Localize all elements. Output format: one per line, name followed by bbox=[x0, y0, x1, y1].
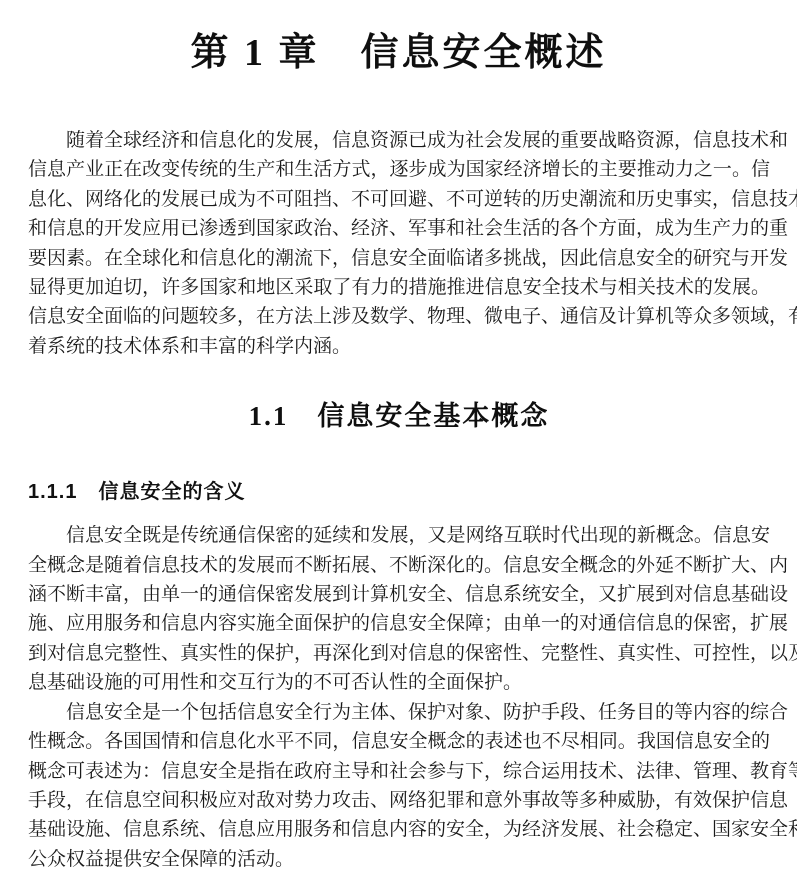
text-line: 息化、网络化的发展已成为不可阻挡、不可回避、不可逆转的历史潮流和历史事实，信息技… bbox=[28, 185, 770, 214]
text-line: 信息产业正在改变传统的生产和生活方式，逐步成为国家经济增长的主要推动力之一。信 bbox=[28, 155, 770, 184]
text-line: 全概念是随着信息技术的发展而不断拓展、不断深化的。信息安全概念的外延不断扩大、内 bbox=[28, 551, 770, 580]
chapter-title: 第 1 章 信息安全概述 bbox=[0, 24, 797, 82]
book-page: 第 1 章 信息安全概述 随着全球经济和信息化的发展，信息资源已成为社会发展的重… bbox=[0, 0, 797, 876]
text-line: 着系统的技术体系和丰富的科学内涵。 bbox=[28, 332, 770, 361]
text-line: 涵不断丰富，由单一的通信保密发展到计算机安全、信息系统安全，又扩展到对信息基础设 bbox=[28, 580, 770, 609]
body-paragraph: 信息安全是一个包括信息安全行为主体、保护对象、防护手段、任务目的等内容的综合性概… bbox=[28, 698, 770, 874]
text-line: 信息安全既是传统通信保密的延续和发展，又是网络互联时代出现的新概念。信息安 bbox=[28, 521, 770, 550]
text-line: 到对信息完整性、真实性的保护，再深化到对信息的保密性、完整性、真实性、可控性，以… bbox=[28, 639, 770, 668]
text-line: 随着全球经济和信息化的发展，信息资源已成为社会发展的重要战略资源，信息技术和 bbox=[28, 126, 770, 155]
text-line: 性概念。各国国情和信息化水平不同，信息安全概念的表述也不尽相同。我国信息安全的 bbox=[28, 727, 770, 756]
text-line: 基础设施、信息系统、信息应用服务和信息内容的安全，为经济发展、社会稳定、国家安全… bbox=[28, 815, 770, 844]
body-paragraph: 信息安全既是传统通信保密的延续和发展，又是网络互联时代出现的新概念。信息安全概念… bbox=[28, 521, 770, 697]
page-content: 随着全球经济和信息化的发展，信息资源已成为社会发展的重要战略资源，信息技术和信息… bbox=[28, 126, 770, 874]
text-line: 手段，在信息空间积极应对敌对势力攻击、网络犯罪和意外事故等多种威胁，有效保护信息 bbox=[28, 786, 770, 815]
text-line: 信息安全面临的问题较多，在方法上涉及数学、物理、微电子、通信及计算机等众多领域，… bbox=[28, 302, 770, 331]
subsection-heading: 1.1.1 信息安全的含义 bbox=[28, 479, 770, 505]
text-line: 显得更加迫切，许多国家和地区采取了有力的措施推进信息安全技术与相关技术的发展。 bbox=[28, 273, 770, 302]
text-line: 公众权益提供安全保障的活动。 bbox=[28, 845, 770, 874]
text-line: 信息安全是一个包括信息安全行为主体、保护对象、防护手段、任务目的等内容的综合 bbox=[28, 698, 770, 727]
text-line: 施、应用服务和信息内容实施全面保护的信息安全保障；由单一的对通信信息的保密，扩展 bbox=[28, 609, 770, 638]
intro-paragraph: 随着全球经济和信息化的发展，信息资源已成为社会发展的重要战略资源，信息技术和信息… bbox=[28, 126, 770, 361]
text-line: 要因素。在全球化和信息化的潮流下，信息安全面临诸多挑战，因此信息安全的研究与开发 bbox=[28, 244, 770, 273]
section-heading: 1.1 信息安全基本概念 bbox=[28, 399, 770, 433]
text-line: 息基础设施的可用性和交互行为的不可否认性的全面保护。 bbox=[28, 668, 770, 697]
text-line: 和信息的开发应用已渗透到国家政治、经济、军事和社会生活的各个方面，成为生产力的重 bbox=[28, 214, 770, 243]
text-line: 概念可表述为：信息安全是指在政府主导和社会参与下，综合运用技术、法律、管理、教育… bbox=[28, 757, 770, 786]
